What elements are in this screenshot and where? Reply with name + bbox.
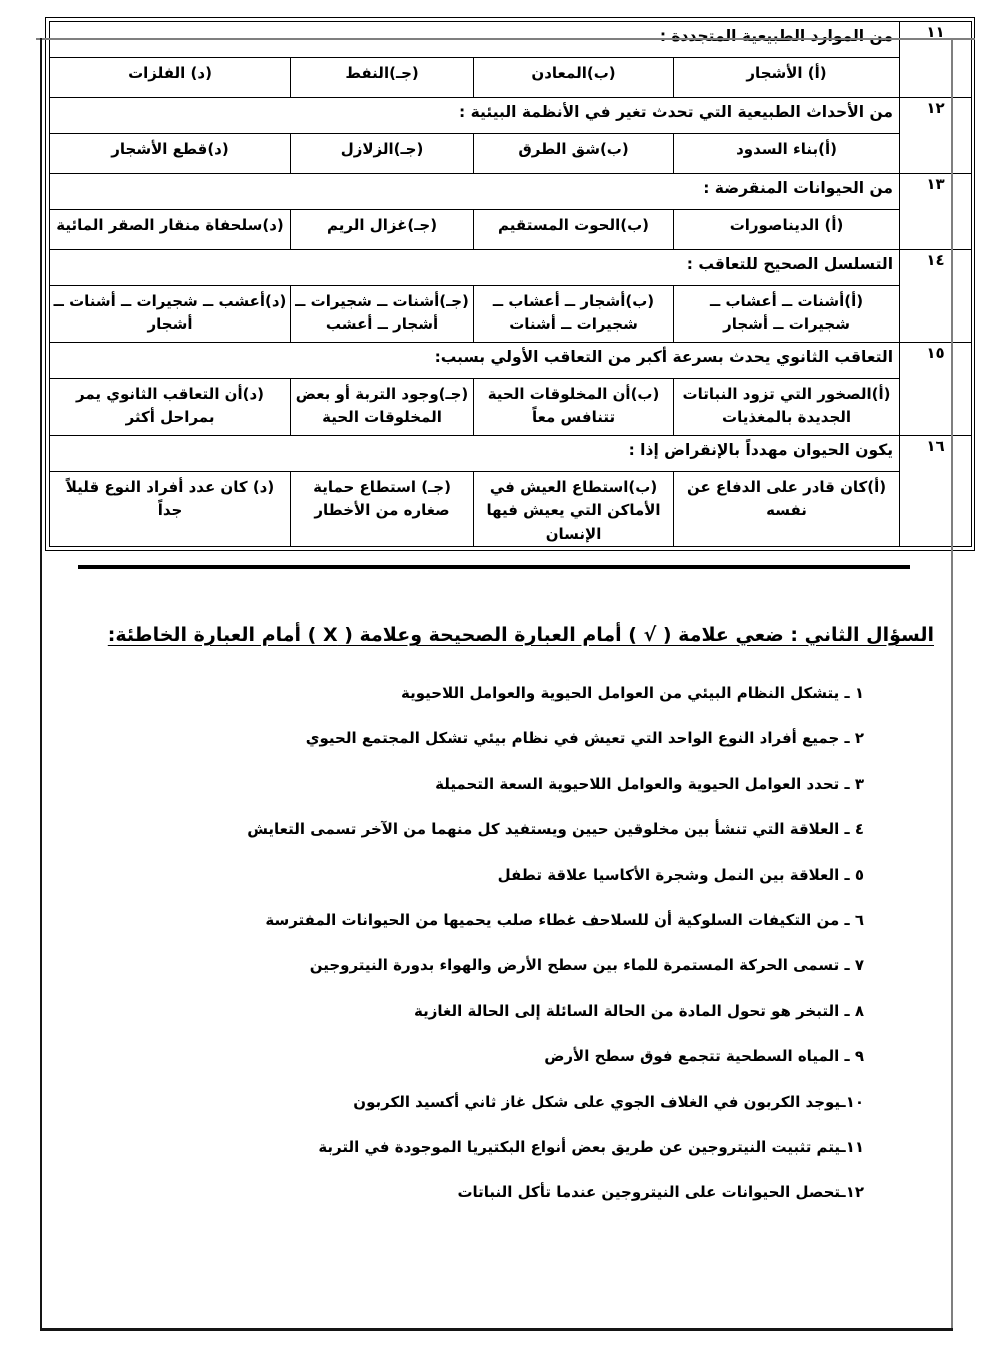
- option-a: (أ)كان قادر على الدفاع عن نفسه: [674, 472, 900, 547]
- statement-3: ٣ ـ تحدد العوامل الحيوية والعوامل اللاحي…: [247, 762, 864, 807]
- statement-8: ٨ ـ التبخر هو تحول المادة من الحالة السا…: [247, 989, 864, 1034]
- option-d: (د)أعشب ــ شجيرات ــ أشنات ــ أشجار: [50, 286, 291, 343]
- section2-heading: السؤال الثاني : ضعي علامة ( √ ) أمام الع…: [108, 624, 934, 646]
- question-text: يكون الحيوان مهدداً بالإنقراض إذا :: [50, 436, 900, 472]
- option-b: (ب)الحوت المستقيم: [474, 210, 674, 250]
- option-d: (د)قطع الأشجار: [50, 134, 291, 174]
- option-d: (د) كان عدد أفراد النوع قليلاً جداً: [50, 472, 291, 547]
- option-a: (أ)بناء السدود: [674, 134, 900, 174]
- option-a: (أ) الأشجار: [674, 58, 900, 98]
- question-text: التسلسل الصحيح للتعاقب :: [50, 250, 900, 286]
- statement-9: ٩ ـ المياه السطحية تتجمع فوق سطح الأرض: [247, 1034, 864, 1079]
- statement-4: ٤ ـ العلاقة التي تنشأ بين مخلوقين حيين و…: [247, 807, 864, 852]
- option-d: (د)أن التعاقب الثانوي يمر بمراحل أكثر: [50, 379, 291, 436]
- option-c: (جـ)وجود التربة أو بعض المخلوقات الحية: [291, 379, 474, 436]
- statement-10: ١٠ـيوجد الكربون في الغلاف الجوي على شكل …: [247, 1080, 864, 1125]
- question-row: ١٤ التسلسل الصحيح للتعاقب :: [50, 250, 972, 286]
- page-frame-bottom-line: [40, 1328, 953, 1331]
- statement-6: ٦ ـ من التكيفات السلوكية أن للسلاحف غطاء…: [247, 898, 864, 943]
- option-a: (أ)الصخور التي تزود النباتات الجديدة بال…: [674, 379, 900, 436]
- options-row: (أ)الصخور التي تزود النباتات الجديدة بال…: [50, 379, 972, 436]
- question-text: من الأحداث الطبيعية التي تحدث تغير في ال…: [50, 98, 900, 134]
- question-number: ١١: [900, 22, 972, 98]
- option-d: (د)سلحفاة منقار الصقر المائية: [50, 210, 291, 250]
- question-row: ١٢ من الأحداث الطبيعية التي تحدث تغير في…: [50, 98, 972, 134]
- question-number: ١٦: [900, 436, 972, 547]
- page-frame-top-line: [36, 38, 975, 40]
- option-b: (ب)استطاع العيش في الأماكن التي يعيش فيه…: [474, 472, 674, 547]
- question-number: ١٥: [900, 343, 972, 436]
- options-row: (أ)أشنات ــ أعشاب ــ شجيرات ــ أشجار (ب)…: [50, 286, 972, 343]
- question-text: من الحيوانات المنقرضة :: [50, 174, 900, 210]
- options-row: (أ) الأشجار (ب)المعادن (جـ)النفط (د) الف…: [50, 58, 972, 98]
- page-frame-right-line: [951, 38, 953, 1330]
- statement-5: ٥ ـ العلاقة بين النمل وشجرة الأكاسيا علا…: [247, 853, 864, 898]
- question-row: ١٦ يكون الحيوان مهدداً بالإنقراض إذا :: [50, 436, 972, 472]
- statement-2: ٢ ـ جميع أفراد النوع الواحد التي تعيش في…: [247, 716, 864, 761]
- option-c: (جـ)غزال الريم: [291, 210, 474, 250]
- option-a: (أ) الديناصورات: [674, 210, 900, 250]
- quiz-table-outer-border: ١١ من الموارد الطبيعية المتجددة : (أ) ال…: [45, 17, 975, 551]
- option-c: (جـ) استطاع حماية صغاره من الأخطار: [291, 472, 474, 547]
- question-number: ١٤: [900, 250, 972, 343]
- question-row: ١٣ من الحيوانات المنقرضة :: [50, 174, 972, 210]
- option-b: (ب)أن المخلوقات الحية تتنافس معاً: [474, 379, 674, 436]
- question-number: ١٣: [900, 174, 972, 250]
- question-number: ١٢: [900, 98, 972, 174]
- statement-12: ١٢ـتحصل الحيوانات على النيتروجين عندما ت…: [247, 1170, 864, 1215]
- section-divider-rule: [78, 565, 910, 569]
- statements-list: ١ ـ يتشكل النظام البيئي من العوامل الحيو…: [247, 671, 864, 1216]
- option-c: (جـ)الزلازل: [291, 134, 474, 174]
- options-row: (أ)كان قادر على الدفاع عن نفسه (ب)استطاع…: [50, 472, 972, 547]
- quiz-table: ١١ من الموارد الطبيعية المتجددة : (أ) ال…: [49, 21, 972, 547]
- option-d: (د) الفلزات: [50, 58, 291, 98]
- statement-1: ١ ـ يتشكل النظام البيئي من العوامل الحيو…: [247, 671, 864, 716]
- option-a: (أ)أشنات ــ أعشاب ــ شجيرات ــ أشجار: [674, 286, 900, 343]
- options-row: (أ)بناء السدود (ب)شق الطرق (جـ)الزلازل (…: [50, 134, 972, 174]
- options-row: (أ) الديناصورات (ب)الحوت المستقيم (جـ)غز…: [50, 210, 972, 250]
- question-row: ١٥ التعاقب الثانوي يحدث بسرعة أكبر من ال…: [50, 343, 972, 379]
- option-b: (ب)أشجار ــ أعشاب ــ شجيرات ــ أشنات: [474, 286, 674, 343]
- option-b: (ب)المعادن: [474, 58, 674, 98]
- page-frame-left-line: [40, 38, 42, 1330]
- question-text: التعاقب الثانوي يحدث بسرعة أكبر من التعا…: [50, 343, 900, 379]
- option-c: (جـ)أشنات ــ شجيرات ــ أشجار ــ أعشب: [291, 286, 474, 343]
- option-b: (ب)شق الطرق: [474, 134, 674, 174]
- statement-7: ٧ ـ تسمى الحركة المستمرة للماء بين سطح ا…: [247, 943, 864, 988]
- option-c: (جـ)النفط: [291, 58, 474, 98]
- statement-11: ١١ـيتم تثبيت النيتروجين عن طريق بعض أنوا…: [247, 1125, 864, 1170]
